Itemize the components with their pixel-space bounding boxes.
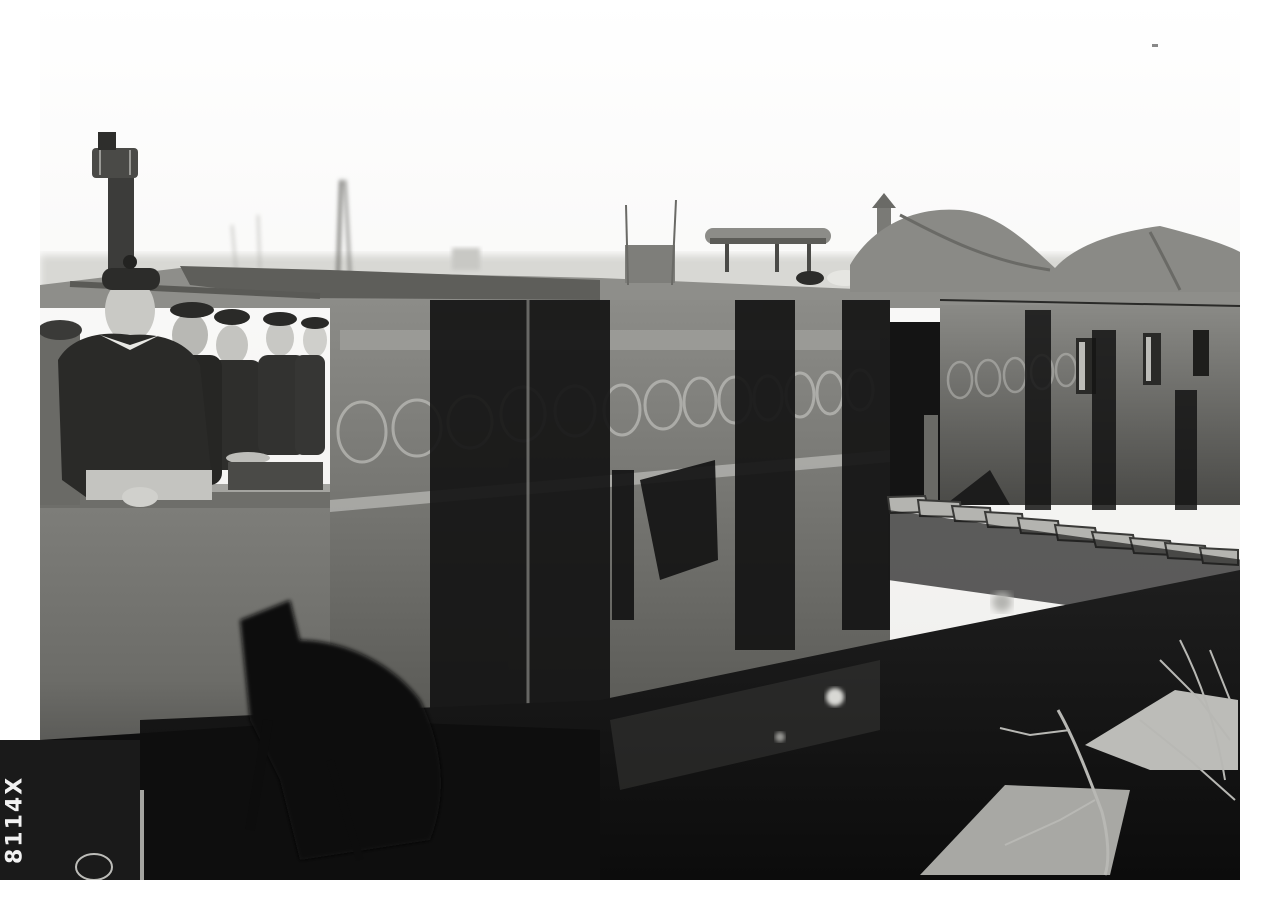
border-bottom	[0, 880, 1280, 920]
dust-speck	[1152, 44, 1158, 47]
distant-tank	[452, 248, 480, 270]
border-left	[0, 0, 40, 740]
photograph	[0, 0, 1280, 920]
border-right	[1240, 0, 1280, 920]
negative-number-annotation: 8114X	[0, 760, 30, 880]
